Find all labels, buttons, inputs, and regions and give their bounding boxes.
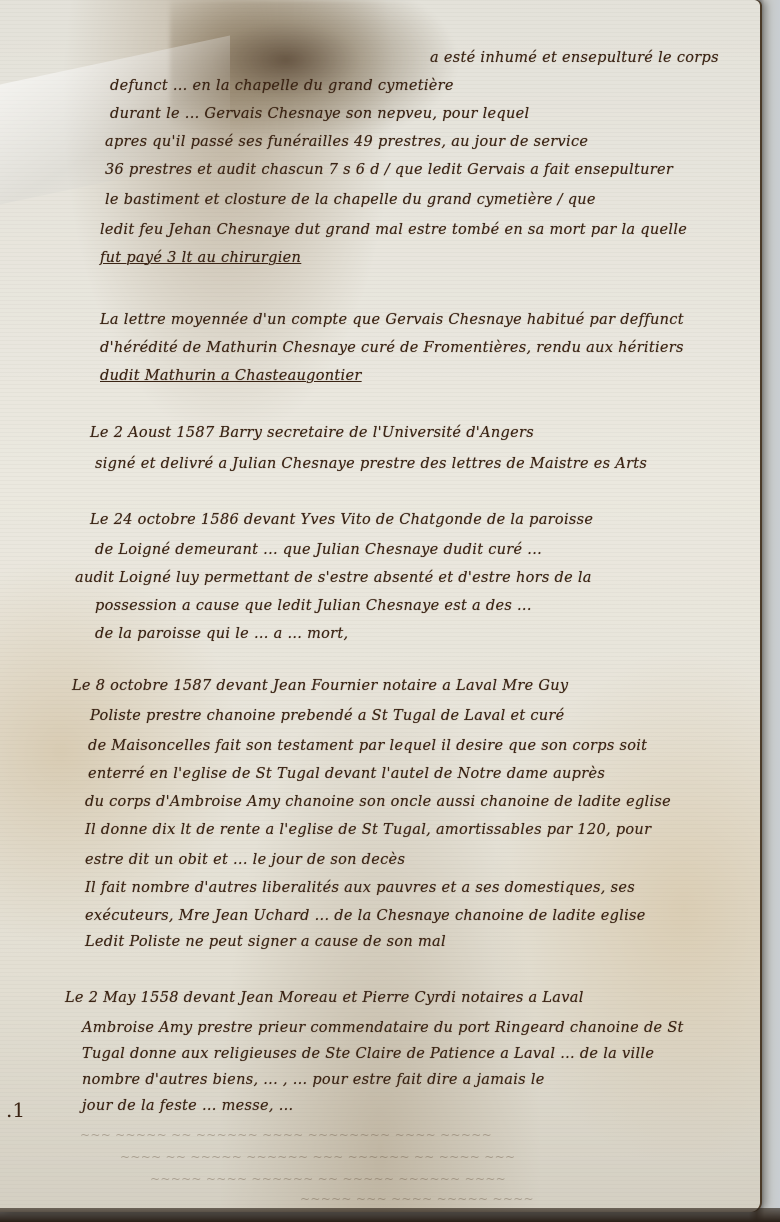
- manuscript-line: dudit Mathurin a Chasteaugontier: [100, 368, 362, 384]
- manuscript-line: Le 2 May 1558 devant Jean Moreau et Pier…: [65, 990, 584, 1006]
- manuscript-line: Le 8 octobre 1587 devant Jean Fournier n…: [72, 678, 568, 694]
- manuscript-line: defunct ... en la chapelle du grand cyme…: [110, 78, 454, 94]
- manuscript-line: Tugal donne aux religieuses de Ste Clair…: [82, 1046, 654, 1062]
- faded-line: ~~~~ ~~ ~~~~~ ~~~~~~ ~~~ ~~~~~~ ~~ ~~~~ …: [120, 1150, 515, 1164]
- manuscript-line: jour de la feste ... messe, ...: [82, 1098, 293, 1114]
- page-bottom-shadow: [0, 1208, 780, 1222]
- manuscript-line: apres qu'il passé ses funérailles 49 pre…: [105, 134, 588, 150]
- margin-mark: .1: [6, 1098, 25, 1122]
- manuscript-line: a esté inhumé et ensepulturé le corps: [430, 50, 719, 66]
- manuscript-line: 36 prestres et audit chascun 7 s 6 d / q…: [105, 162, 673, 178]
- manuscript-line: d'hérédité de Mathurin Chesnaye curé de …: [100, 340, 684, 356]
- manuscript-line: de Maisoncelles fait son testament par l…: [88, 738, 647, 754]
- manuscript-line: Il fait nombre d'autres liberalités aux …: [85, 880, 635, 896]
- manuscript-line: du corps d'Ambroise Amy chanoine son onc…: [85, 794, 671, 810]
- manuscript-line: durant le ... Gervais Chesnaye son nepve…: [110, 106, 529, 122]
- faded-line: ~~~ ~~~~~ ~~ ~~~~~~ ~~~~ ~~~~~~~~ ~~~~ ~…: [80, 1128, 492, 1142]
- manuscript-line: audit Loigné luy permettant de s'estre a…: [75, 570, 592, 586]
- manuscript-line: Poliste prestre chanoine prebendé a St T…: [90, 708, 565, 724]
- manuscript-line: estre dit un obit et ... le jour de son …: [85, 852, 405, 868]
- manuscript-line: de la paroisse qui le ... a ... mort,: [95, 626, 348, 642]
- manuscript-line: Ledit Poliste ne peut signer a cause de …: [85, 934, 446, 950]
- manuscript-line: fut payé 3 lt au chirurgien: [100, 250, 301, 266]
- manuscript-line: Il donne dix lt de rente a l'eglise de S…: [85, 822, 651, 838]
- faded-line: ~~~~~ ~~~~ ~~~~~~ ~~ ~~~~~ ~~~~~~ ~~~~: [150, 1172, 506, 1186]
- manuscript-line: Le 24 octobre 1586 devant Yves Vito de C…: [90, 512, 593, 528]
- manuscript-line: de Loigné demeurant ... que Julian Chesn…: [95, 542, 542, 558]
- manuscript-line: le bastiment et closture de la chapelle …: [105, 192, 596, 208]
- faded-line: ~~~~~ ~~~ ~~~~ ~~~~~ ~~~~: [300, 1192, 534, 1206]
- manuscript-line: possession a cause que ledit Julian Ches…: [95, 598, 532, 614]
- manuscript-line: Le 2 Aoust 1587 Barry secretaire de l'Un…: [90, 425, 534, 441]
- manuscript-line: exécuteurs, Mre Jean Uchard ... de la Ch…: [85, 908, 646, 924]
- manuscript-line: signé et delivré a Julian Chesnaye prest…: [95, 456, 647, 472]
- manuscript-line: ledit feu Jehan Chesnaye dut grand mal e…: [100, 222, 687, 238]
- manuscript-line: nombre d'autres biens, ... , ... pour es…: [82, 1072, 545, 1088]
- manuscript-page: a esté inhumé et ensepulturé le corps de…: [0, 0, 760, 1212]
- manuscript-line: enterré en l'eglise de St Tugal devant l…: [88, 766, 605, 782]
- manuscript-line: La lettre moyennée d'un compte que Gerva…: [100, 312, 684, 328]
- manuscript-line: Ambroise Amy prestre prieur commendatair…: [82, 1020, 684, 1036]
